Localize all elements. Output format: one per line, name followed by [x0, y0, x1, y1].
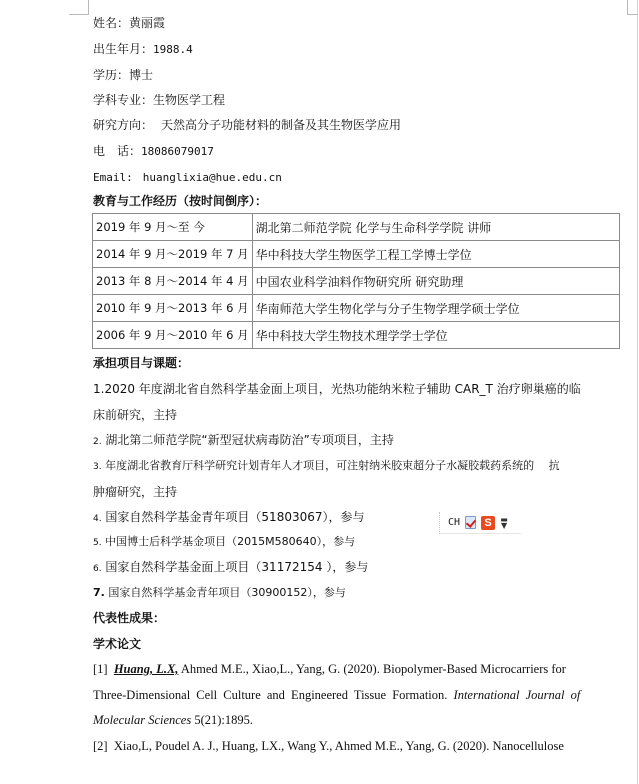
research-value: 天然高分子功能材料的制备及其生物医学应用 [161, 118, 401, 132]
paper-entry: [2] Xiao,L, Poudel A. J., Huang, LX., Wa… [93, 738, 564, 754]
project-text: 国家自然科学基金青年项目（51803067），参与 [105, 510, 364, 524]
project-item: 2. 湖北第二师范学院“新型冠状病毒防治”专项项目，主持 [93, 432, 394, 450]
paper-title: Three-Dimensional Cell Culture and Engin… [93, 688, 454, 702]
chevron-down-icon[interactable]: ▬▼ [500, 517, 508, 529]
email-line: Email:huanglixia@hue.edu.cn [93, 169, 282, 186]
research-line: 研究方向：天然高分子功能材料的制备及其生物医学应用 [93, 117, 401, 133]
education-value: 博士 [129, 68, 153, 82]
name-label: 姓名： [93, 16, 129, 30]
detail-cell: 中国农业科学油料作物研究所 研究助理 [252, 268, 619, 295]
paper-journal: Molecular Sciences [93, 713, 191, 727]
paper-highlight-author: Huang, L.X, [114, 662, 179, 676]
education-heading: 教育与工作经历（按时间倒序）： [93, 193, 267, 209]
detail-cell: 华南师范大学生物化学与分子生物学理学硕士学位 [252, 295, 619, 322]
ime-language-toggle[interactable]: CH [448, 517, 460, 528]
achievements-heading: 代表性成果： [93, 610, 165, 626]
paper-authors: Xiao,L, Poudel A. J., Huang, LX., Wang Y… [114, 739, 564, 753]
birth-line: 出生年月：1988.4 [93, 41, 193, 58]
project-item: 6. 国家自然科学基金面上项目（31172154 ），参与 [93, 559, 368, 577]
project-num: 7. [93, 586, 105, 599]
clipboard-check-icon[interactable] [465, 516, 476, 529]
phone-label: 电 话： [93, 144, 141, 158]
table-row: 2019 年 9 月～至 今 湖北第二师范学院 化学与生命科学学院 讲师 [93, 214, 620, 241]
project-text: 中国博士后科学基金项目（2015M580640），参与 [105, 535, 355, 548]
project-num: 1. [93, 382, 104, 396]
project-item-cont: 肿瘤研究，主持 [93, 484, 177, 500]
phone-value: 18086079017 [141, 145, 214, 158]
projects-heading: 承担项目与课题： [93, 355, 189, 371]
project-item: 4. 国家自然科学基金青年项目（51803067），参与 [93, 509, 365, 527]
table-row: 2013 年 8 月～2014 年 4 月 中国农业科学油料作物研究所 研究助理 [93, 268, 620, 295]
paper-journal: International Journal of [454, 688, 581, 702]
period-cell: 2010 年 9 月～2013 年 6 月 [93, 295, 253, 322]
document-page: 姓名：黄丽霞 出生年月：1988.4 学历：博士 学科专业：生物医学工程 研究方… [0, 0, 639, 784]
papers-subheading: 学术论文 [93, 636, 141, 652]
project-text: 2020 年度湖北省自然科学基金面上项目，光热功能纳米粒子辅助 CAR_T 治疗… [104, 382, 580, 396]
project-item: 3. 年度湖北省教育厅科学研究计划青年人才项目，可注射纳米胶束超分子水凝胶载药系… [93, 458, 560, 475]
major-value: 生物医学工程 [153, 93, 225, 107]
period-cell: 2019 年 9 月～至 今 [93, 214, 253, 241]
major-line: 学科专业：生物医学工程 [93, 92, 225, 108]
paper-entry-cont: Molecular Sciences 5(21):1895. [93, 712, 253, 728]
email-value[interactable]: huanglixia@hue.edu.cn [143, 171, 282, 184]
project-text: 年度湖北省教育厅科学研究计划青年人才项目，可注射纳米胶束超分子水凝胶载药系统的 … [105, 459, 560, 472]
major-label: 学科专业： [93, 93, 153, 107]
margin-corner-mark [627, 0, 628, 14]
period-cell: 2006 年 9 月～2010 年 6 月 [93, 322, 253, 349]
name-value: 黄丽霞 [129, 16, 165, 30]
project-item-cont: 床前研究，主持 [93, 407, 177, 423]
birth-label: 出生年月： [93, 42, 153, 56]
research-label: 研究方向： [93, 118, 153, 132]
project-item: 7. 国家自然科学基金青年项目（30900152），参与 [93, 585, 346, 601]
table-row: 2006 年 9 月～2010 年 6 月 华中科技大学生物技术理学学士学位 [93, 322, 620, 349]
period-cell: 2013 年 8 月～2014 年 4 月 [93, 268, 253, 295]
project-item: 1.2020 年度湖北省自然科学基金面上项目，光热功能纳米粒子辅助 CAR_T … [93, 381, 581, 397]
paper-entry: [1] Huang, L.X, Ahmed M.E., Xiao,L., Yan… [93, 661, 566, 677]
project-num: 2. [93, 437, 102, 447]
detail-cell: 华中科技大学生物技术理学学士学位 [252, 322, 619, 349]
table-row: 2014 年 9 月～2019 年 7 月 华中科技大学生物医学工程工学博士学位 [93, 241, 620, 268]
phone-line: 电 话：18086079017 [93, 143, 214, 160]
paper-entry-cont: Three-Dimensional Cell Culture and Engin… [93, 687, 580, 703]
name-line: 姓名：黄丽霞 [93, 15, 165, 31]
detail-cell: 华中科技大学生物医学工程工学博士学位 [252, 241, 619, 268]
project-text: 国家自然科学基金青年项目（30900152），参与 [108, 586, 346, 599]
page-edge [637, 0, 638, 784]
period-cell: 2014 年 9 月～2019 年 7 月 [93, 241, 253, 268]
project-item: 5. 中国博士后科学基金项目（2015M580640），参与 [93, 534, 355, 551]
margin-corner-mark [88, 0, 89, 14]
project-num: 3. [93, 462, 102, 472]
education-label: 学历： [93, 68, 129, 82]
paper-index: [1] [93, 662, 108, 676]
project-num: 4. [93, 514, 102, 524]
education-table: 2019 年 9 月～至 今 湖北第二师范学院 化学与生命科学学院 讲师 201… [92, 213, 620, 349]
email-label: Email: [93, 171, 133, 184]
paper-index: [2] [93, 739, 108, 753]
sogou-s-icon[interactable]: S [481, 516, 495, 530]
ime-toolbar[interactable]: CH S ▬▼ [439, 512, 521, 534]
detail-cell: 湖北第二师范学院 化学与生命科学学院 讲师 [252, 214, 619, 241]
paper-authors: Ahmed M.E., Xiao,L., Yang, G. (2020). Bi… [178, 662, 566, 676]
project-num: 6. [93, 564, 102, 574]
margin-corner-mark [627, 14, 638, 15]
project-num: 5. [93, 538, 102, 548]
margin-corner-mark [69, 14, 89, 15]
project-text: 湖北第二师范学院“新型冠状病毒防治”专项项目，主持 [105, 433, 393, 447]
education-line: 学历：博士 [93, 67, 153, 83]
paper-volume: 5(21):1895. [191, 713, 253, 727]
project-text: 国家自然科学基金面上项目（31172154 ），参与 [105, 560, 368, 574]
table-row: 2010 年 9 月～2013 年 6 月 华南师范大学生物化学与分子生物学理学… [93, 295, 620, 322]
birth-value: 1988.4 [153, 43, 193, 56]
